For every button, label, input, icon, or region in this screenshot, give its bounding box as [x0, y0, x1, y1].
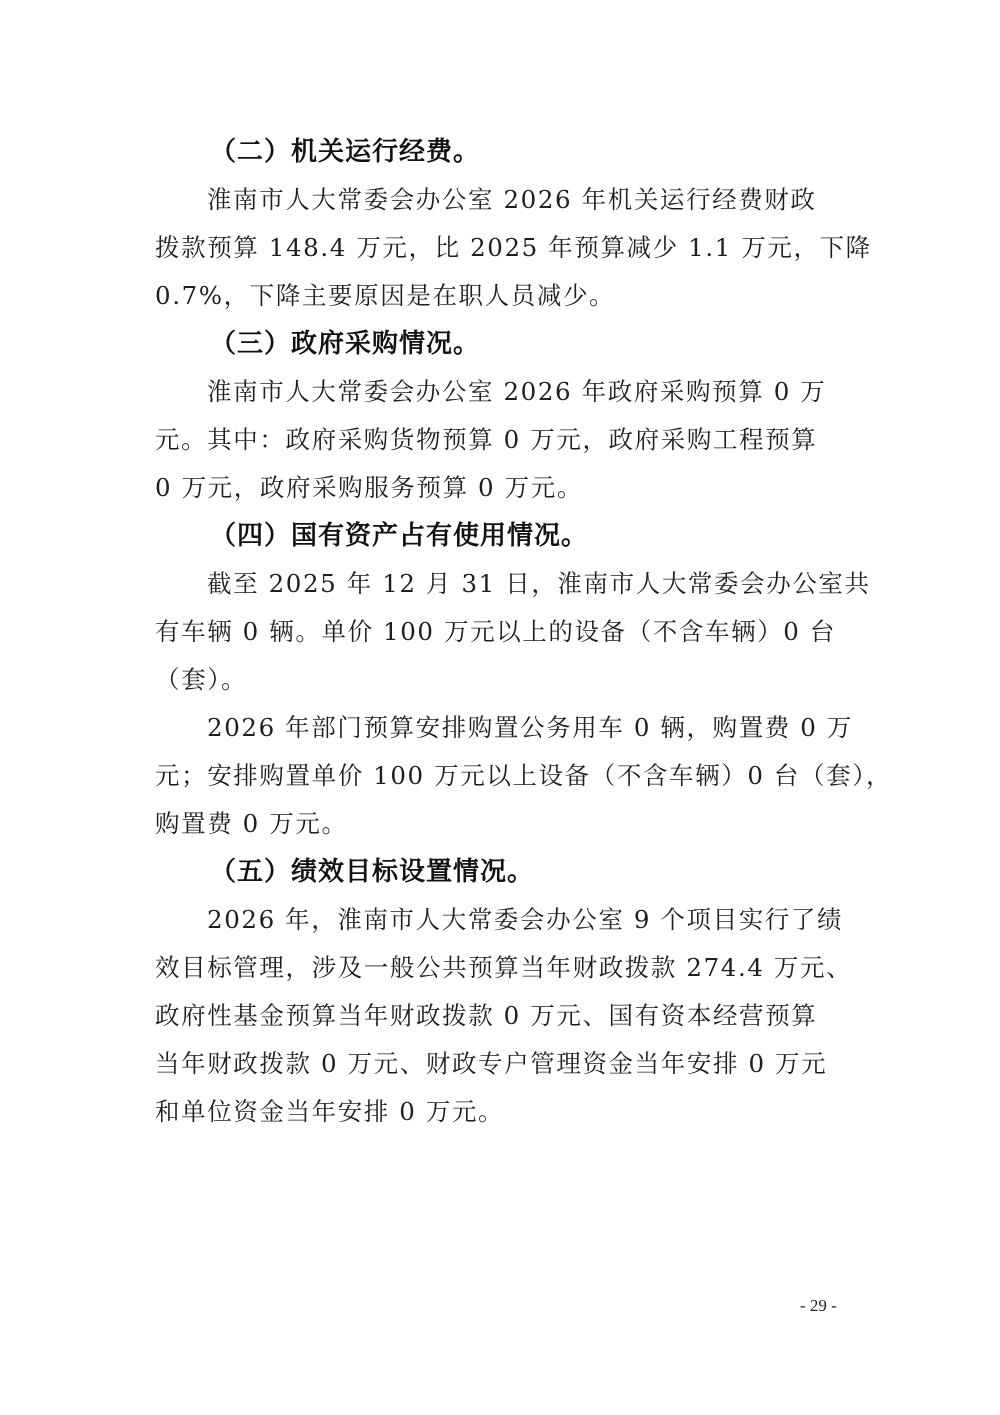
section-heading: （二）机关运行经费。 — [155, 128, 850, 176]
section-heading: （四）国有资产占有使用情况。 — [155, 512, 850, 560]
section-heading: （三）政府采购情况。 — [155, 320, 850, 368]
text-line: 拨款预算 148.4 万元，比 2025 年预算减少 1.1 万元，下降 — [103, 224, 850, 272]
text-line: 截至 2025 年 12 月 31 日，淮南市人大常委会办公室共 — [155, 560, 850, 608]
section-operating-expenses: （二）机关运行经费。 淮南市人大常委会办公室 2026 年机关运行经费财政 拨款… — [155, 128, 850, 320]
text-line: 0 万元，政府采购服务预算 0 万元。 — [103, 464, 850, 512]
text-line: 2026 年，淮南市人大常委会办公室 9 个项目实行了绩 — [155, 896, 850, 944]
text-line: 效目标管理，涉及一般公共预算当年财政拨款 274.4 万元、 — [103, 944, 850, 992]
text-line: 购置费 0 万元。 — [103, 800, 850, 848]
paragraph: 2026 年部门预算安排购置公务用车 0 辆，购置费 0 万 元；安排购置单价 … — [155, 704, 850, 848]
text-line: 和单位资金当年安排 0 万元。 — [103, 1088, 850, 1136]
document-page: （二）机关运行经费。 淮南市人大常委会办公室 2026 年机关运行经费财政 拨款… — [155, 128, 850, 1136]
paragraph: 淮南市人大常委会办公室 2026 年机关运行经费财政 拨款预算 148.4 万元… — [155, 176, 850, 320]
text-line: 元。其中：政府采购货物预算 0 万元，政府采购工程预算 — [103, 416, 850, 464]
text-line: 元；安排购置单价 100 万元以上设备（不含车辆）0 台（套）， — [103, 752, 850, 800]
section-government-procurement: （三）政府采购情况。 淮南市人大常委会办公室 2026 年政府采购预算 0 万 … — [155, 320, 850, 512]
section-heading: （五）绩效目标设置情况。 — [155, 848, 850, 896]
paragraph: 淮南市人大常委会办公室 2026 年政府采购预算 0 万 元。其中：政府采购货物… — [155, 368, 850, 512]
paragraph: 2026 年，淮南市人大常委会办公室 9 个项目实行了绩 效目标管理，涉及一般公… — [155, 896, 850, 1136]
text-line: 淮南市人大常委会办公室 2026 年机关运行经费财政 — [155, 176, 850, 224]
text-line: 淮南市人大常委会办公室 2026 年政府采购预算 0 万 — [155, 368, 850, 416]
text-line: （套）。 — [103, 656, 850, 704]
text-line: 有车辆 0 辆。单价 100 万元以上的设备（不含车辆）0 台 — [103, 608, 850, 656]
text-line: 政府性基金预算当年财政拨款 0 万元、国有资本经营预算 — [103, 992, 850, 1040]
page-number: - 29 - — [800, 1296, 837, 1316]
paragraph: 截至 2025 年 12 月 31 日，淮南市人大常委会办公室共 有车辆 0 辆… — [155, 560, 850, 704]
text-line: 2026 年部门预算安排购置公务用车 0 辆，购置费 0 万 — [155, 704, 850, 752]
section-performance-targets: （五）绩效目标设置情况。 2026 年，淮南市人大常委会办公室 9 个项目实行了… — [155, 848, 850, 1136]
text-line: 当年财政拨款 0 万元、财政专户管理资金当年安排 0 万元 — [103, 1040, 850, 1088]
section-state-assets: （四）国有资产占有使用情况。 截至 2025 年 12 月 31 日，淮南市人大… — [155, 512, 850, 848]
text-line: 0.7%，下降主要原因是在职人员减少。 — [103, 272, 850, 320]
